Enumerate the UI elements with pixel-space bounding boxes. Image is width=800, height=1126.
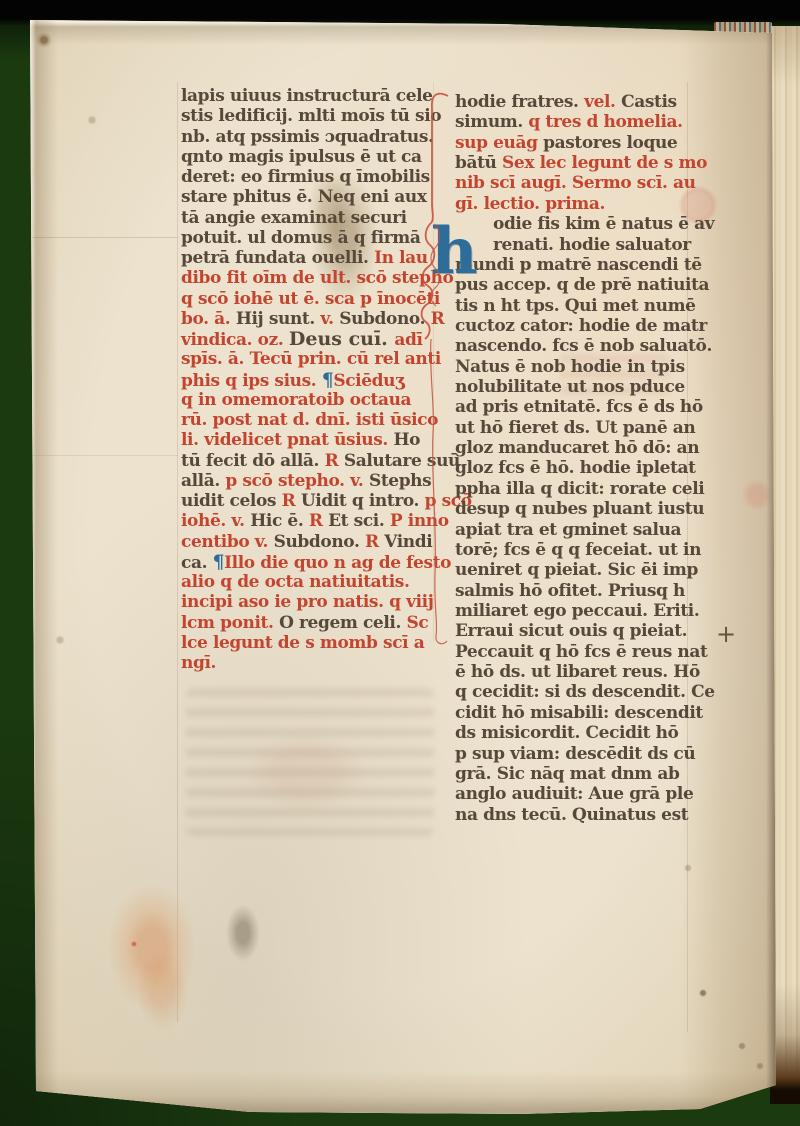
- text-segment: Sex lec legunt de s mo: [502, 153, 707, 173]
- text-line: ad pris etnitatē. fcs ē ds hō: [455, 397, 713, 417]
- text-line: bātū Sex lec legunt de s mo: [455, 153, 713, 173]
- text-segment: stare phitus ē. Neq eni aux: [181, 187, 427, 207]
- capitulum-mark: ¶: [322, 369, 334, 391]
- text-line: ca. ¶Illo die quo n ag de festo: [181, 552, 437, 572]
- margin-cross-mark: +: [716, 620, 736, 648]
- text-line: lce legunt de s momb scī a: [181, 633, 437, 653]
- text-line: tū fecit dō allā. R Salutare suū: [181, 451, 437, 471]
- text-line: renati. hodie saluator: [455, 235, 713, 255]
- text-line: phis q ips sius. ¶Sciēduʒ: [181, 370, 437, 390]
- manuscript-page: lapis uiuus instructurā celestis ledific…: [0, 0, 800, 1126]
- text-line: nb. atq pssimis ɔquadratus.: [181, 127, 437, 147]
- text-segment: Peccauit q hō fcs ē reus nat: [455, 642, 707, 662]
- text-line: vindica. oz. Deus cuī. adī: [181, 329, 437, 349]
- text-segment: Sciēduʒ: [333, 371, 404, 391]
- text-segment: phis q ips sius.: [181, 371, 322, 391]
- ruling-line-horizontal: [32, 237, 178, 238]
- text-segment: sup euāg: [455, 133, 543, 153]
- text-line: ppha illa q dicit: rorate celi: [455, 479, 713, 499]
- text-segment: Subdono.: [274, 532, 365, 552]
- text-segment: torē; fcs ē q q feceiat. ut in: [455, 540, 701, 560]
- text-segment: ueniret q pieiat. Sic ēi imp: [455, 560, 698, 580]
- text-line: alio q de octa natiuitatis.: [181, 572, 437, 592]
- text-line: sup euāg pastores loque: [455, 133, 713, 153]
- right-text-column: hodie fratres. vel. Castissimum. q tres …: [455, 92, 713, 825]
- text-segment: hodie fratres.: [455, 92, 584, 112]
- text-segment: q cecidit: si ds descendit. Ce: [455, 682, 715, 702]
- text-line: uidit celos R Uidit q intro. p scō: [181, 491, 437, 511]
- text-segment: mundi p matrē nascendi tē: [455, 255, 702, 275]
- text-line: dibo fit oīm de ult. scō stepho: [181, 268, 437, 288]
- text-segment: apiat tra et gminet salua: [455, 520, 681, 540]
- text-segment: ngī.: [181, 653, 216, 673]
- text-segment: centibo v.: [181, 532, 274, 552]
- text-segment: Castis: [621, 92, 677, 112]
- text-line: mundi p matrē nascendi tē: [455, 255, 713, 275]
- text-segment: Erraui sicut ouis q pieiat.: [455, 621, 687, 641]
- text-segment: miliaret ego peccaui. Eriti.: [455, 601, 699, 621]
- text-segment: tā angie examinat securi: [181, 208, 407, 228]
- text-segment: incipi aso ie pro natis. q viij: [181, 592, 433, 612]
- capitulum-mark: ¶: [213, 551, 225, 573]
- text-line: ngī.: [181, 653, 437, 673]
- text-line: miliaret ego peccaui. Eriti.: [455, 601, 713, 621]
- text-segment: q in omemoratoib octaua: [181, 390, 411, 410]
- text-line: qnto magis ipulsus ē ut ca: [181, 147, 437, 167]
- text-segment: rū. post nat d. dnī. isti ūsico: [181, 410, 438, 430]
- text-line: na dns tecū. Quinatus est: [455, 805, 713, 825]
- text-segment: ca.: [181, 553, 213, 573]
- text-segment: simum.: [455, 112, 528, 132]
- text-segment: lce legunt de s momb scī a: [181, 633, 424, 653]
- text-segment: Natus ē nob hodie in tpis: [455, 357, 685, 377]
- text-segment: p scō stepho. v.: [225, 471, 369, 491]
- text-segment: lapis uiuus instructurā cele: [181, 86, 433, 106]
- text-segment: dibo fit oīm de ult. scō stepho: [181, 268, 453, 288]
- text-line: nascendo. fcs ē nob saluatō.: [455, 336, 713, 356]
- text-line: lcm ponit. O regem celi. Sc: [181, 613, 437, 633]
- text-segment: p sup viam: descēdit ds cū: [455, 744, 695, 764]
- text-line: tis n ht tps. Qui met numē: [455, 296, 713, 316]
- text-line: grā. Sic nāq mat dnm ab: [455, 764, 713, 784]
- text-line: anglo audiuit: Aue grā ple: [455, 784, 713, 804]
- text-segment: renati. hodie saluator: [493, 235, 691, 255]
- text-line: stis ledificij. mlti moīs tū sio: [181, 106, 437, 126]
- text-segment: ē hō ds. ut libaret reus. Hō: [455, 662, 700, 682]
- text-segment: nb. atq pssimis ɔquadratus.: [181, 127, 434, 147]
- text-line: allā. p scō stepho. v. Stephs: [181, 471, 437, 491]
- text-segment: R: [325, 451, 344, 471]
- text-segment: ad pris etnitatē. fcs ē ds hō: [455, 397, 703, 417]
- left-text-column: lapis uiuus instructurā celestis ledific…: [181, 86, 437, 673]
- text-line: stare phitus ē. Neq eni aux: [181, 187, 437, 207]
- text-segment: li. videlicet pnat ūsius.: [181, 430, 393, 450]
- text-line: apiat tra et gminet salua: [455, 520, 713, 540]
- text-line: simum. q tres d homelia.: [455, 112, 713, 132]
- text-segment: vel.: [584, 92, 621, 112]
- text-line: ds misicordit. Cecidit hō: [455, 723, 713, 743]
- text-line: gloz manducaret hō dō: an: [455, 438, 713, 458]
- text-line: gī. lectio. prima.: [455, 194, 713, 214]
- text-line: centibo v. Subdono. R Vindi: [181, 532, 437, 552]
- text-line: lapis uiuus instructurā cele: [181, 86, 437, 106]
- text-segment: gloz fcs ē hō. hodie ipletat: [455, 458, 696, 478]
- text-segment: lcm ponit.: [181, 613, 279, 633]
- pen-flourish-decoration: [420, 84, 460, 664]
- text-segment: deret: eo firmius q īmobilis: [181, 167, 430, 187]
- text-segment: petrā fundata ouelli.: [181, 248, 374, 268]
- text-segment: Deus cuī.: [289, 328, 395, 350]
- text-segment: bātū: [455, 153, 502, 173]
- text-segment: ppha illa q dicit: rorate celi: [455, 479, 704, 499]
- text-segment: Ho: [393, 430, 420, 450]
- text-line: potuit. ul domus ā q firmā: [181, 228, 437, 248]
- text-line: ueniret q pieiat. Sic ēi imp: [455, 560, 713, 580]
- text-segment: q tres d homelia.: [528, 112, 682, 132]
- text-segment: Subdono.: [339, 309, 430, 329]
- text-segment: cuctoz cator: hodie de matr: [455, 316, 707, 336]
- show-through-text-ghost: [186, 688, 434, 836]
- text-segment: iohē. v.: [181, 511, 250, 531]
- text-line: q scō iohē ut ē. sca p īnocēti: [181, 289, 437, 309]
- text-line: cidit hō misabili: descendit: [455, 703, 713, 723]
- text-line: pus accep. q de prē natiuita: [455, 275, 713, 295]
- text-line: hodie fratres. vel. Castis: [455, 92, 713, 112]
- text-line: odie fis kim ē natus ē av: [455, 214, 713, 234]
- text-line: li. videlicet pnat ūsius. Ho: [181, 430, 437, 450]
- text-line: rū. post nat d. dnī. isti ūsico: [181, 410, 437, 430]
- text-segment: gī. lectio. prima.: [455, 194, 605, 214]
- text-segment: O regem celi.: [279, 613, 406, 633]
- text-segment: tū fecit dō allā.: [181, 451, 325, 471]
- text-segment: vindica. oz.: [181, 330, 289, 350]
- text-line: q cecidit: si ds descendit. Ce: [455, 682, 713, 702]
- text-line: q in omemoratoib octaua: [181, 390, 437, 410]
- text-line: incipi aso ie pro natis. q viij: [181, 592, 437, 612]
- text-segment: Et sci.: [328, 511, 390, 531]
- text-segment: grā. Sic nāq mat dnm ab: [455, 764, 680, 784]
- text-segment: adī: [394, 330, 422, 350]
- text-line: torē; fcs ē q q feceiat. ut in: [455, 540, 713, 560]
- text-line: Peccauit q hō fcs ē reus nat: [455, 642, 713, 662]
- text-line: salmis hō ofitet. Priusq h: [455, 581, 713, 601]
- text-line: nolubilitate ut nos pduce: [455, 377, 713, 397]
- text-segment: nib scī augī. Sermo scī. au: [455, 173, 696, 193]
- text-line: p sup viam: descēdit ds cū: [455, 744, 713, 764]
- text-line: iohē. v. Hic ē. R Et sci. P inno: [181, 511, 437, 531]
- text-segment: ut hō fieret ds. Ut panē an: [455, 418, 695, 438]
- text-line: bo. ā. Hij sunt. v. Subdono. R: [181, 309, 437, 329]
- text-segment: q scō iohē ut ē. sca p īnocēti: [181, 289, 440, 309]
- text-segment: spīs. ā. Tecū prin. cū rel anti: [181, 349, 441, 369]
- text-segment: Hij sunt.: [236, 309, 321, 329]
- text-segment: Uidit q intro.: [301, 491, 425, 511]
- ruling-line-horizontal: [32, 455, 178, 456]
- text-line: spīs. ā. Tecū prin. cū rel anti: [181, 349, 437, 369]
- text-segment: na dns tecū. Quinatus est: [455, 805, 688, 825]
- text-line: cuctoz cator: hodie de matr: [455, 316, 713, 336]
- text-segment: nascendo. fcs ē nob saluatō.: [455, 336, 712, 356]
- text-line: ut hō fieret ds. Ut panē an: [455, 418, 713, 438]
- text-segment: ds misicordit. Cecidit hō: [455, 723, 679, 743]
- text-line: ē hō ds. ut libaret reus. Hō: [455, 662, 713, 682]
- text-segment: qnto magis ipulsus ē ut ca: [181, 147, 422, 167]
- text-line: deret: eo firmius q īmobilis: [181, 167, 437, 187]
- text-line: nib scī augī. Sermo scī. au: [455, 173, 713, 193]
- text-line: Natus ē nob hodie in tpis: [455, 357, 713, 377]
- text-segment: potuit. ul domus ā q firmā: [181, 228, 420, 248]
- photograph-background: { "document_type": "medieval-manuscript-…: [0, 0, 800, 1126]
- text-segment: alio q de octa natiuitatis.: [181, 572, 409, 592]
- text-segment: pastores loque: [543, 133, 677, 153]
- text-segment: odie fis kim ē natus ē av: [493, 214, 714, 234]
- text-line: petrā fundata ouelli. In lau: [181, 248, 437, 268]
- text-segment: Illo die quo n ag de festo: [224, 553, 451, 573]
- text-segment: v.: [320, 309, 339, 329]
- text-segment: nolubilitate ut nos pduce: [455, 377, 685, 397]
- text-segment: tis n ht tps. Qui met numē: [455, 296, 696, 316]
- text-line: Erraui sicut ouis q pieiat.: [455, 621, 713, 641]
- text-line: tā angie examinat securi: [181, 208, 437, 228]
- text-line: desup q nubes pluant iustu: [455, 499, 713, 519]
- text-segment: salmis hō ofitet. Priusq h: [455, 581, 685, 601]
- text-segment: desup q nubes pluant iustu: [455, 499, 704, 519]
- text-line: gloz fcs ē hō. hodie ipletat: [455, 458, 713, 478]
- text-segment: bo. ā.: [181, 309, 236, 329]
- text-segment: R: [309, 511, 328, 531]
- ruling-line-vertical: [177, 82, 178, 1022]
- text-segment: cidit hō misabili: descendit: [455, 703, 703, 723]
- text-segment: stis ledificij. mlti moīs tū sio: [181, 106, 441, 126]
- text-segment: anglo audiuit: Aue grā ple: [455, 784, 693, 804]
- text-segment: R: [282, 491, 301, 511]
- text-segment: R: [365, 532, 384, 552]
- text-segment: Hic ē.: [250, 511, 309, 531]
- text-segment: uidit celos: [181, 491, 282, 511]
- text-segment: allā.: [181, 471, 225, 491]
- text-segment: pus accep. q de prē natiuita: [455, 275, 709, 295]
- text-segment: gloz manducaret hō dō: an: [455, 438, 699, 458]
